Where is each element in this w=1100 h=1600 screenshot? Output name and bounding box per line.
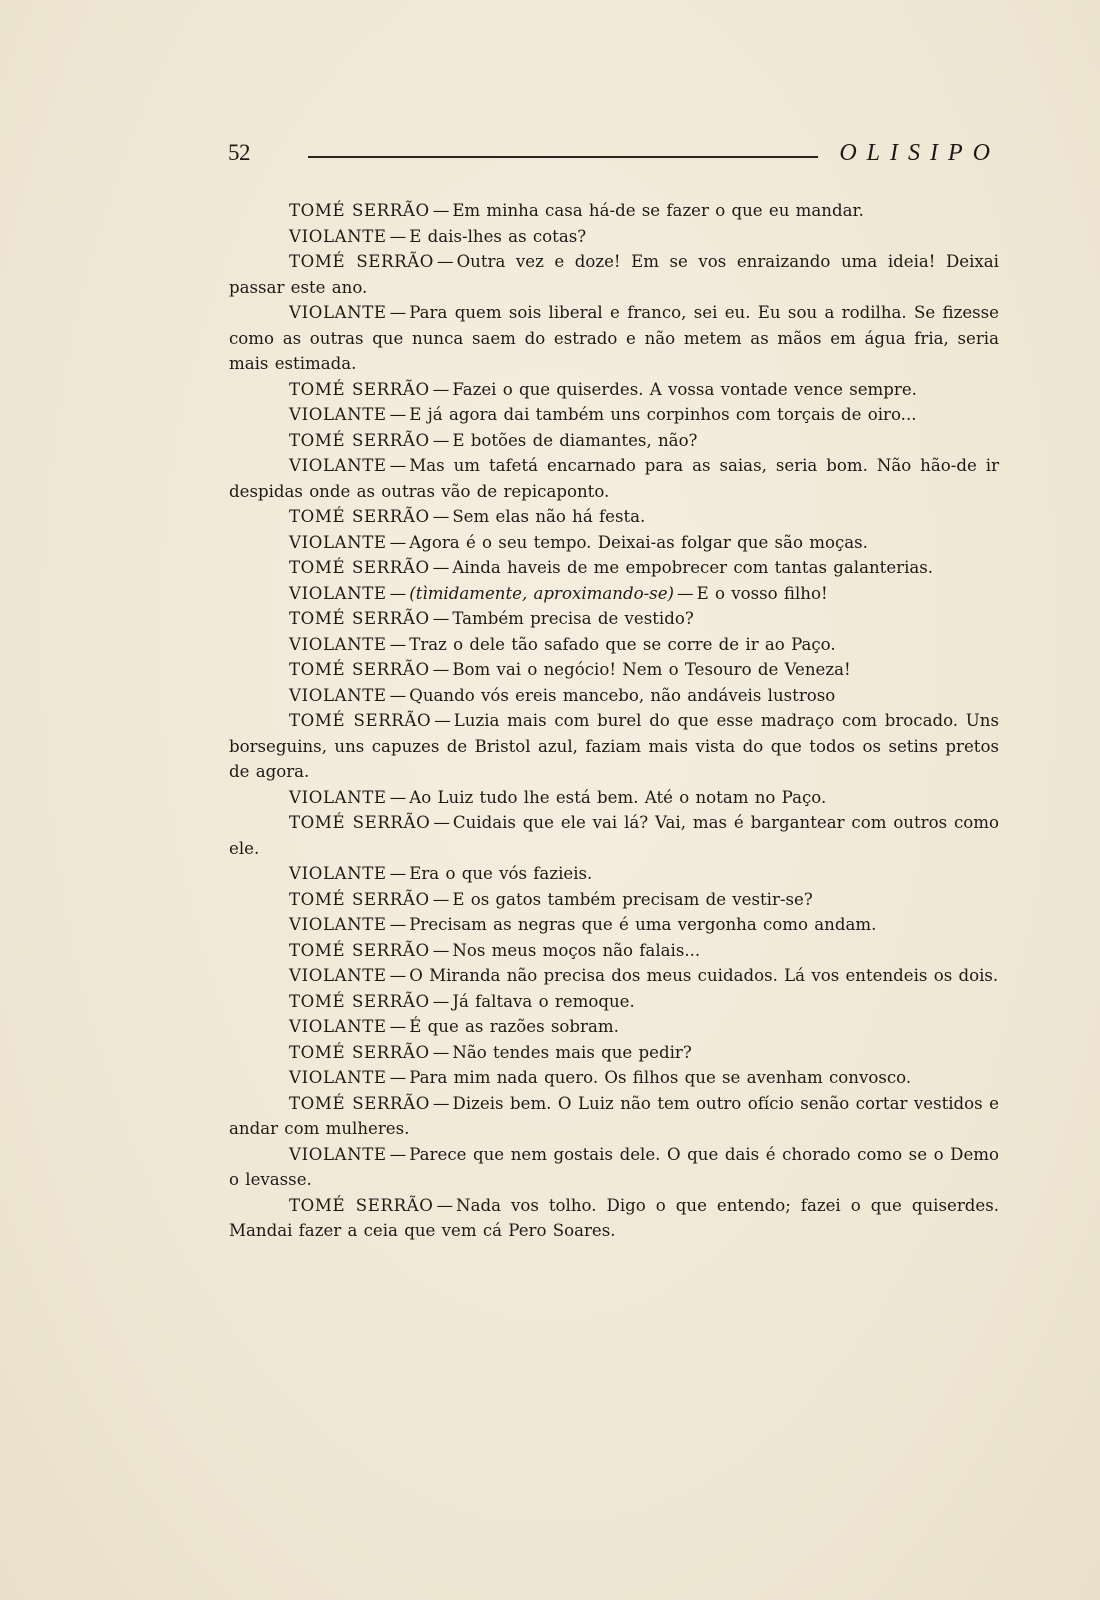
em-dash: — [390,1145,407,1164]
em-dash: — [436,1196,453,1215]
line-text: É que as razões sobram. [409,1017,619,1036]
speaker-name: TOMÉ SERRÃO [289,941,430,960]
dialogue-line: TOMÉ SERRÃO—Ainda haveis de me empobrece… [229,555,999,581]
dialogue-line: VIOLANTE—Era o que vós fazieis. [229,861,999,887]
dialogue-line: VIOLANTE—É que as razões sobram. [229,1014,999,1040]
em-dash: — [433,660,450,679]
speaker-name: TOMÉ SERRÃO [289,507,430,526]
speaker-name: TOMÉ SERRÃO [289,609,430,628]
dialogue-line: VIOLANTE—Parece que nem gostais dele. O … [229,1142,999,1193]
line-text: Ao Luiz tudo lhe está bem. Até o notam n… [409,788,826,807]
em-dash: — [390,686,407,705]
em-dash: — [390,584,407,603]
speaker-name: TOMÉ SERRÃO [289,431,430,450]
line-text: Traz o dele tão safado que se corre de i… [409,635,835,654]
speaker-name: VIOLANTE [289,864,387,883]
line-text: Era o que vós fazieis. [409,864,592,883]
dialogue-line: VIOLANTE—E já agora dai também uns corpi… [229,402,999,428]
dialogue-line: TOMÉ SERRÃO—Nada vos tolho. Digo o que e… [229,1193,999,1244]
speaker-name: VIOLANTE [289,635,387,654]
speaker-name: TOMÉ SERRÃO [289,558,430,577]
dialogue-line: TOMÉ SERRÃO—E botões de diamantes, não? [229,428,999,454]
line-text: E o vosso filho! [697,584,828,603]
dialogue-line: TOMÉ SERRÃO—Outra vez e doze! Em se vos … [229,249,999,300]
speaker-name: VIOLANTE [289,966,387,985]
line-text: Agora é o seu tempo. Deixai-as folgar qu… [409,533,868,552]
dialogue-line: TOMÉ SERRÃO—E os gatos também precisam d… [229,887,999,913]
line-text: E os gatos também precisam de vestir-se? [452,890,812,909]
dialogue-line: TOMÉ SERRÃO—Luzia mais com burel do que … [229,708,999,785]
line-text: E já agora dai também uns corpinhos com … [409,405,916,424]
speaker-name: VIOLANTE [289,405,387,424]
page-header: 52 OLISIPO [228,136,1000,172]
dialogue-line: TOMÉ SERRÃO—Não tendes mais que pedir? [229,1040,999,1066]
speaker-name: TOMÉ SERRÃO [289,890,430,909]
speaker-name: VIOLANTE [289,303,387,322]
dialogue-line: TOMÉ SERRÃO—Sem elas não há festa. [229,504,999,530]
em-dash: — [390,635,407,654]
line-text: Ainda haveis de me empobrecer com tantas… [452,558,933,577]
speaker-name: VIOLANTE [289,1145,387,1164]
dialogue-line: VIOLANTE—Ao Luiz tudo lhe está bem. Até … [229,785,999,811]
line-text: O Miranda não precisa dos meus cuidados.… [409,966,998,985]
line-text: Sem elas não há festa. [452,507,645,526]
speaker-name: VIOLANTE [289,456,387,475]
dialogue-line: TOMÉ SERRÃO—Em minha casa há-de se fazer… [229,198,999,224]
line-text: Fazei o que quiserdes. A vossa vontade v… [452,380,917,399]
line-text: Quando vós ereis mancebo, não andáveis l… [409,686,835,705]
em-dash: — [434,711,451,730]
em-dash: — [437,252,454,271]
speaker-name: VIOLANTE [289,533,387,552]
em-dash: — [433,890,450,909]
dialogue-line: VIOLANTE—Mas um tafetá encarnado para as… [229,453,999,504]
stage-direction: (tìmidamente, aproximando-se) [409,584,674,603]
dialogue-line: VIOLANTE—Para mim nada quero. Os filhos … [229,1065,999,1091]
em-dash: — [390,456,407,475]
dialogue-line: VIOLANTE—E dais-lhes as cotas? [229,224,999,250]
em-dash: — [433,431,450,450]
em-dash: — [433,609,450,628]
em-dash: — [390,1017,407,1036]
dialogue-line: VIOLANTE—O Miranda não precisa dos meus … [229,963,999,989]
speaker-name: TOMÉ SERRÃO [289,711,431,730]
line-text: Nos meus moços não falais... [452,941,700,960]
header-rule [308,156,818,158]
speaker-name: VIOLANTE [289,1017,387,1036]
speaker-name: VIOLANTE [289,1068,387,1087]
speaker-name: VIOLANTE [289,915,387,934]
line-text: Também precisa de vestido? [452,609,693,628]
line-text: Já faltava o remoque. [452,992,634,1011]
em-dash: — [390,1068,407,1087]
speaker-name: TOMÉ SERRÃO [289,1094,430,1113]
speaker-name: VIOLANTE [289,227,387,246]
line-text: Bom vai o negócio! Nem o Tesouro de Vene… [452,660,850,679]
dialogue-line: VIOLANTE—Traz o dele tão safado que se c… [229,632,999,658]
dialogue-line: TOMÉ SERRÃO—Já faltava o remoque. [229,989,999,1015]
em-dash: — [433,201,450,220]
em-dash: — [390,533,407,552]
dialogue-line: VIOLANTE—Quando vós ereis mancebo, não a… [229,683,999,709]
line-text: Para mim nada quero. Os filhos que se av… [409,1068,911,1087]
speaker-name: TOMÉ SERRÃO [289,813,430,832]
dialogue-line: VIOLANTE—(tìmidamente, aproximando-se)—E… [229,581,999,607]
dialogue-line: TOMÉ SERRÃO—Dizeis bem. O Luiz não tem o… [229,1091,999,1142]
dialogue-line: TOMÉ SERRÃO—Bom vai o negócio! Nem o Tes… [229,657,999,683]
em-dash: — [433,1094,450,1113]
speaker-name: VIOLANTE [289,584,387,603]
em-dash: — [433,380,450,399]
speaker-name: TOMÉ SERRÃO [289,660,430,679]
line-text: Em minha casa há-de se fazer o que eu ma… [452,201,864,220]
em-dash: — [433,813,450,832]
dialogue-line: VIOLANTE—Agora é o seu tempo. Deixai-as … [229,530,999,556]
running-title: OLISIPO [839,140,1000,167]
em-dash: — [390,788,407,807]
em-dash: — [390,303,407,322]
em-dash: — [390,227,407,246]
speaker-name: TOMÉ SERRÃO [289,252,434,271]
dialogue-line: TOMÉ SERRÃO—Também precisa de vestido? [229,606,999,632]
em-dash: — [433,992,450,1011]
speaker-name: VIOLANTE [289,788,387,807]
em-dash: — [390,405,407,424]
speaker-name: TOMÉ SERRÃO [289,201,430,220]
dialogue-body: TOMÉ SERRÃO—Em minha casa há-de se fazer… [229,198,999,1244]
speaker-name: TOMÉ SERRÃO [289,1043,430,1062]
page-number: 52 [228,140,250,166]
speaker-name: VIOLANTE [289,686,387,705]
em-dash: — [433,507,450,526]
speaker-name: TOMÉ SERRÃO [289,1196,433,1215]
em-dash: — [390,864,407,883]
dialogue-line: VIOLANTE—Para quem sois liberal e franco… [229,300,999,377]
em-dash: — [677,584,694,603]
em-dash: — [433,1043,450,1062]
em-dash: — [433,941,450,960]
em-dash: — [390,966,407,985]
line-text: E botões de diamantes, não? [452,431,697,450]
dialogue-line: TOMÉ SERRÃO—Fazei o que quiserdes. A vos… [229,377,999,403]
dialogue-line: TOMÉ SERRÃO—Nos meus moços não falais... [229,938,999,964]
speaker-name: TOMÉ SERRÃO [289,992,430,1011]
em-dash: — [390,915,407,934]
speaker-name: TOMÉ SERRÃO [289,380,430,399]
dialogue-line: VIOLANTE—Precisam as negras que é uma ve… [229,912,999,938]
line-text: E dais-lhes as cotas? [409,227,586,246]
line-text: Não tendes mais que pedir? [452,1043,691,1062]
em-dash: — [433,558,450,577]
dialogue-line: TOMÉ SERRÃO—Cuidais que ele vai lá? Vai,… [229,810,999,861]
line-text: Precisam as negras que é uma vergonha co… [409,915,876,934]
